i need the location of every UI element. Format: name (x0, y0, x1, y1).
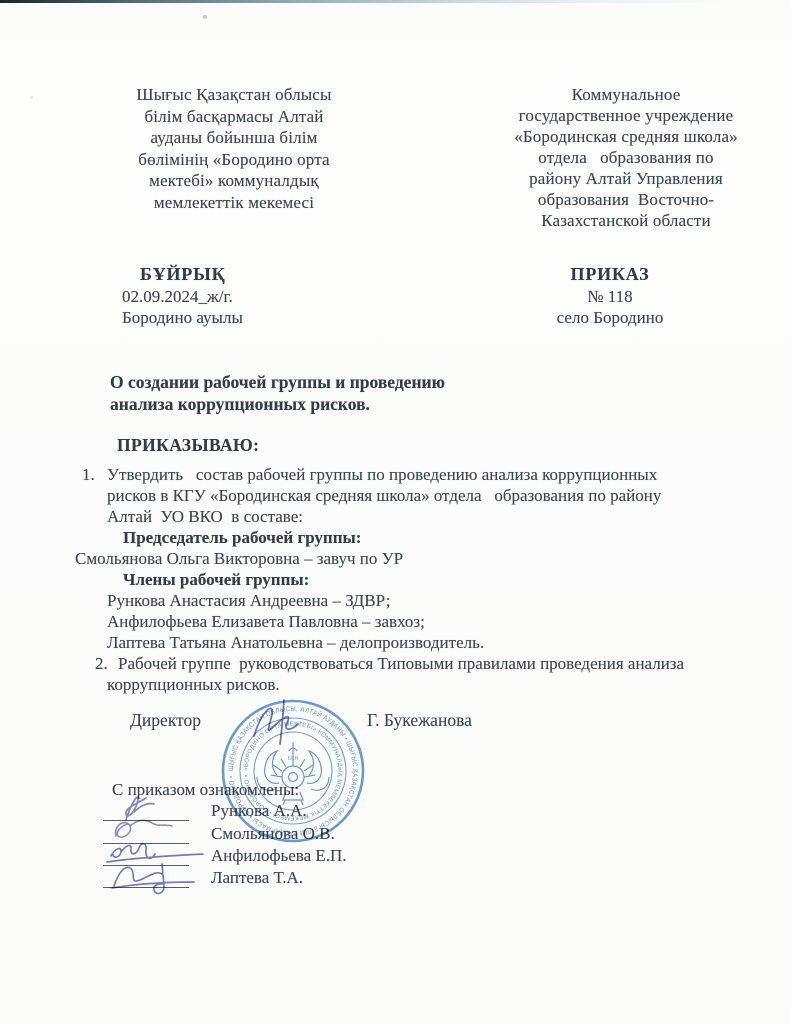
scan-speck (203, 15, 207, 19)
member-name: Лаптева Татьяна Анатольевна – делопроизв… (75, 632, 684, 653)
letterhead-russian-line: отдела образования по (478, 147, 774, 168)
item1-line: рисков в КГУ «Бородинская средняя школа»… (75, 485, 684, 506)
letterhead-kazakh-line: білім басқармасы Алтай (112, 106, 356, 128)
letterhead-kazakh-line: мемлекеттік мекемесі (112, 192, 356, 214)
letterhead-kazakh-line: ауданы бойынша білім (112, 127, 356, 149)
order-header-russian: ПРИКАЗ № 118 село Бородино (530, 264, 690, 329)
stamp-bin-text: БСН (288, 756, 299, 762)
order-title-kazakh: БҰЙРЫҚ (122, 264, 243, 286)
order-subject-line: анализа коррупционных рисков. (110, 394, 445, 416)
letterhead-russian: Коммунальное государственное учреждение … (478, 84, 774, 231)
letterhead-russian-line: Коммунальное (478, 84, 774, 105)
order-subject: О создании рабочей группы и проведению а… (110, 372, 445, 415)
item2-number: 2. (95, 653, 118, 674)
letterhead-russian-line: образования Восточно- (478, 189, 774, 210)
order-header-kazakh: БҰЙРЫҚ 02.09.2024_ж/г. Бородино ауылы (122, 264, 243, 329)
order-place-kazakh: Бородино ауылы (122, 307, 243, 329)
member-name: Рункова Анастасия Андреевна – ЗДВР; (75, 590, 684, 611)
official-round-stamp: БСН ШЫҒЫС ҚАЗАҚСТАН ОБЛЫСЫ, АЛТАЙ АУДАНЫ… (219, 697, 367, 845)
letterhead-kazakh-line: мектебі» коммуналдық (112, 170, 356, 192)
item2-line: коррупционных рисков. (75, 674, 684, 695)
item1-number: 1. (82, 464, 107, 485)
acknowledger-name: Анфилофьева Е.П. (211, 846, 347, 865)
members-heading: Члены рабочей группы: (75, 569, 684, 590)
letterhead-kazakh: Шығыс Қазақстан облысы білім басқармасы … (112, 84, 356, 213)
order-date: 02.09.2024_ж/г. (122, 286, 243, 308)
letterhead-russian-line: району Алтай Управления (478, 168, 774, 189)
director-label: Директор (130, 710, 201, 731)
acknowledger-name: Лаптева Т.А. (211, 868, 303, 887)
chair-heading: Председатель рабочей группы: (75, 527, 684, 548)
order-subject-line: О создании рабочей группы и проведению (110, 372, 445, 394)
order-number: № 118 (530, 286, 690, 308)
resolution-word: ПРИКАЗЫВАЮ: (117, 435, 259, 456)
order-body: 1.Утвердить состав рабочей группы по про… (75, 464, 684, 695)
item2-line: 2.Рабочей группе руководствоваться Типов… (75, 653, 684, 674)
item1-line: 1.Утвердить состав рабочей группы по про… (75, 464, 684, 485)
order-title-russian: ПРИКАЗ (530, 264, 690, 286)
order-place-russian: село Бородино (530, 307, 690, 329)
letterhead-russian-line: Казахстанской области (478, 210, 774, 231)
scan-edge-artifact (0, 0, 791, 3)
signature-stroke-lapteva (106, 856, 206, 898)
scanned-order-document: Шығыс Қазақстан облысы білім басқармасы … (0, 0, 791, 1024)
letterhead-russian-line: «Бородинская средняя школа» (478, 126, 774, 147)
stamp-middle-circle (240, 718, 346, 824)
chair-name: Смольянова Ольга Викторовна – завуч по У… (75, 548, 684, 569)
letterhead-kazakh-line: бөлімінің «Бородино орта (112, 149, 356, 171)
item1-line: Алтай УО ВКО в составе: (75, 506, 684, 527)
stamp-inner-ring-text: «БОРОДИНО ОРТА МЕКТЕБІ» КОММУНАЛДЫҚ МЕМЛ… (243, 721, 342, 820)
director-name: Г. Букежанова (367, 710, 472, 731)
letterhead-russian-line: государственное учреждение (478, 105, 774, 126)
letterhead-kazakh-line: Шығыс Қазақстан облысы (112, 84, 356, 106)
member-name: Анфилофьева Елизавета Павловна – завхоз; (75, 611, 684, 632)
stamp-emblem (257, 742, 329, 805)
scan-speck (30, 96, 33, 99)
